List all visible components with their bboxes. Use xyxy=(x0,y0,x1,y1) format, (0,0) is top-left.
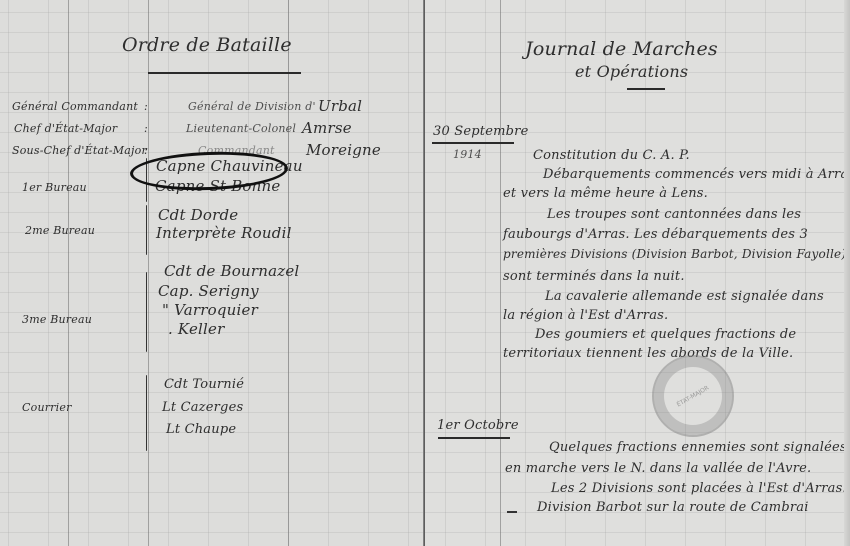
journal-line: Constitution du C. A. P. xyxy=(533,148,690,163)
journal-line: Quelques fractions ennemies sont signalé… xyxy=(549,440,847,455)
bureau-label-3: 3me Bureau xyxy=(22,313,92,326)
page-subtitle-operations: et Opérations xyxy=(575,62,688,81)
entry-year: 1914 xyxy=(453,148,482,161)
title-underline xyxy=(148,72,301,74)
entry-date: 30 Septembre xyxy=(433,124,528,139)
journal-line: Débarquements commencés vers midi à Arra… xyxy=(543,167,850,182)
date-underline xyxy=(438,437,510,439)
title-underline xyxy=(627,88,665,90)
page-edge xyxy=(844,0,850,546)
member-bournazel: Cdt de Bournazel xyxy=(164,262,299,280)
entry-date: 1er Octobre xyxy=(437,418,519,433)
journal-line: Division Barbot sur la route de Cambrai xyxy=(537,500,809,515)
journal-line: Des goumiers et quelques fractions de xyxy=(535,327,796,342)
journal-line: faubourgs d'Arras. Les débarquements des… xyxy=(503,227,808,242)
margin-line xyxy=(148,0,149,546)
brace xyxy=(146,272,147,352)
name-amrse: Amrse xyxy=(302,119,352,137)
role-sous-chef-etat-major: Sous-Chef d'État-Major xyxy=(12,144,147,157)
member-serigny: Cap. Serigny xyxy=(158,282,259,300)
dash-mark xyxy=(507,511,517,513)
bureau-label-2: 2me Bureau xyxy=(25,224,95,237)
left-page: Ordre de Bataille Général Commandant : G… xyxy=(0,0,424,546)
name-urbal: Urbal xyxy=(318,97,362,115)
stamp-text: ÉTAT-MAJOR xyxy=(676,384,711,408)
journal-line: sont terminés dans la nuit. xyxy=(503,269,685,284)
journal-line: Les 2 Divisions sont placées à l'Est d'A… xyxy=(551,481,847,496)
member-cazerges: Lt Cazerges xyxy=(162,400,243,415)
margin-line xyxy=(68,0,69,546)
member-roudil: Interprète Roudil xyxy=(156,224,292,242)
separator: : xyxy=(144,100,148,113)
journal-line: en marche vers le N. dans la vallée de l… xyxy=(505,461,811,476)
name-moreigne: Moreigne xyxy=(306,141,381,159)
separator: : xyxy=(144,122,148,135)
brace xyxy=(146,375,147,451)
right-page: Journal de Marches et Opérations 30 Sept… xyxy=(425,0,850,546)
role-chef-etat-major: Chef d'État-Major xyxy=(14,122,117,135)
journal-line: et vers la même heure à Lens. xyxy=(503,186,708,201)
notebook-spread: Ordre de Bataille Général Commandant : G… xyxy=(0,0,850,546)
journal-line: la région à l'Est d'Arras. xyxy=(503,308,668,323)
journal-line: Les troupes sont cantonnées dans les xyxy=(547,207,801,222)
bureau-label-courrier: Courrier xyxy=(22,401,72,414)
member-chaupe: Lt Chaupe xyxy=(166,422,236,437)
member-keller: . Keller xyxy=(168,320,224,338)
separator: : xyxy=(144,144,148,157)
member-varroquier: " Varroquier xyxy=(162,301,258,319)
bureau-label-1: 1er Bureau xyxy=(22,181,87,194)
page-title-journal: Journal de Marches xyxy=(525,38,718,60)
journal-line: territoriaux tiennent les abords de la V… xyxy=(503,346,793,361)
page-title-ordre-de-bataille: Ordre de Bataille xyxy=(122,34,292,56)
member-dorde: Cdt Dorde xyxy=(158,206,238,224)
role-general-commandant: Général Commandant xyxy=(12,100,138,113)
margin-line xyxy=(500,0,501,546)
journal-line: premières Divisions (Division Barbot, Di… xyxy=(503,247,846,261)
member-tournie: Cdt Tournié xyxy=(164,377,244,392)
rank-lieutenant-colonel: Lieutenant-Colonel xyxy=(186,122,296,135)
rank-general: Général de Division d' xyxy=(188,100,316,113)
archive-stamp: ÉTAT-MAJOR xyxy=(652,355,734,437)
journal-line: La cavalerie allemande est signalée dans xyxy=(545,289,824,304)
date-underline xyxy=(432,142,514,144)
brace xyxy=(146,205,147,255)
